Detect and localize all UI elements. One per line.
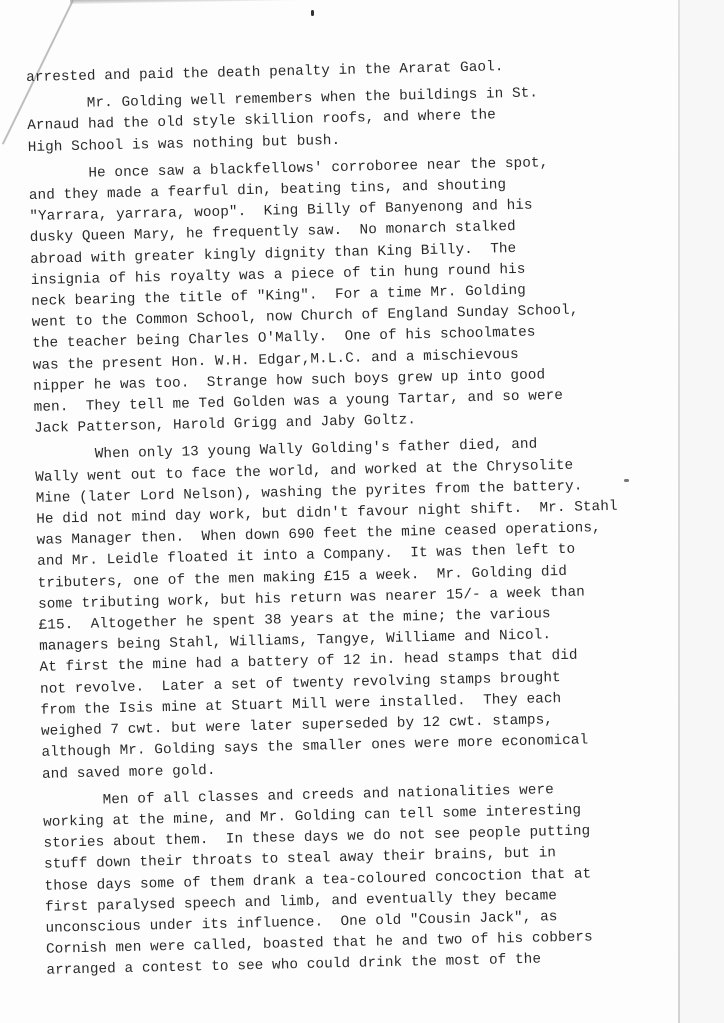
paragraph: Men of all classes and creeds and nation… — [42, 777, 686, 982]
scanned-page: arrested and paid the death penalty in t… — [0, 0, 724, 1023]
page-right-margin — [680, 0, 724, 1023]
typed-text-body: arrested and paid the death penalty in t… — [26, 53, 687, 982]
folded-corner-top-edge — [70, 0, 370, 4]
ink-speck — [311, 10, 314, 16]
paragraph: He once saw a blackfellows' corroboree n… — [28, 150, 674, 440]
paragraph: When only 13 young Wally Golding's fathe… — [35, 432, 683, 786]
